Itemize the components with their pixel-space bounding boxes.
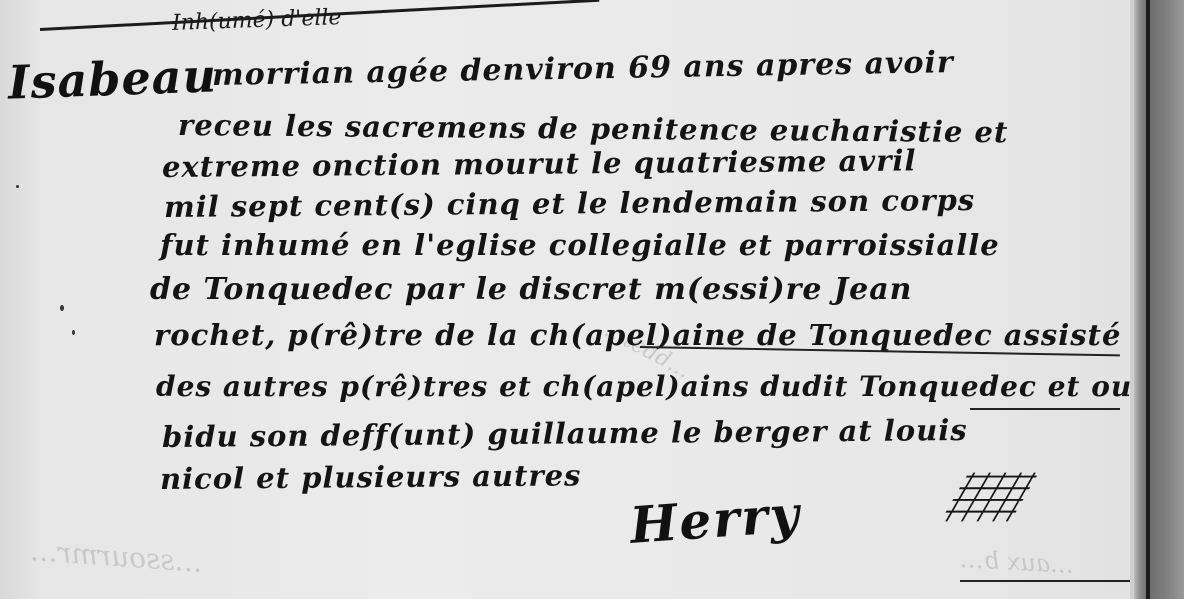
flourish-stroke [960, 580, 1150, 582]
ink-speck [72, 330, 75, 335]
manuscript-page: …ssourmr… …aux b… …tedd… Inh(umé) d'elle… [0, 0, 1184, 599]
ink-speck [1035, 340, 1038, 343]
entry-line-8: des autres p(rê)tres et ch(apel)ains dud… [156, 370, 1184, 403]
bleed-through-text: …aux b… [959, 545, 1075, 579]
entry-line-1: morrian agée denviron 69 ans apres avoir [212, 45, 954, 93]
entry-line-5: fut inhumé en l'eglise collegialle et pa… [160, 228, 1000, 262]
binding-edge [1134, 0, 1184, 599]
bleed-through-text: …ssourmr… [29, 534, 204, 579]
entry-line-6: de Tonquedec par le discret m(essi)re Je… [150, 272, 912, 307]
header-note: Inh(umé) d'elle [172, 5, 342, 36]
notarial-mark-icon [934, 470, 1044, 526]
entry-line-10: nicol et plusieurs autres [160, 458, 582, 496]
entry-line-9: bidu son deff(unt) guillaume le berger a… [162, 413, 968, 454]
entry-line-4: mil sept cent(s) cinq et le lendemain so… [164, 183, 975, 224]
flourish-stroke [970, 408, 1120, 410]
signature: Herry [628, 484, 802, 555]
ink-speck [60, 305, 64, 311]
binding-line [1146, 0, 1150, 599]
entry-line-7: rochet, p(rê)tre de la ch(apel)aine de T… [154, 318, 1121, 352]
ink-speck [16, 185, 19, 188]
entry-line-3: extreme onction mourut le quatriesme avr… [162, 143, 917, 184]
margin-name: Isabeau [7, 48, 218, 109]
